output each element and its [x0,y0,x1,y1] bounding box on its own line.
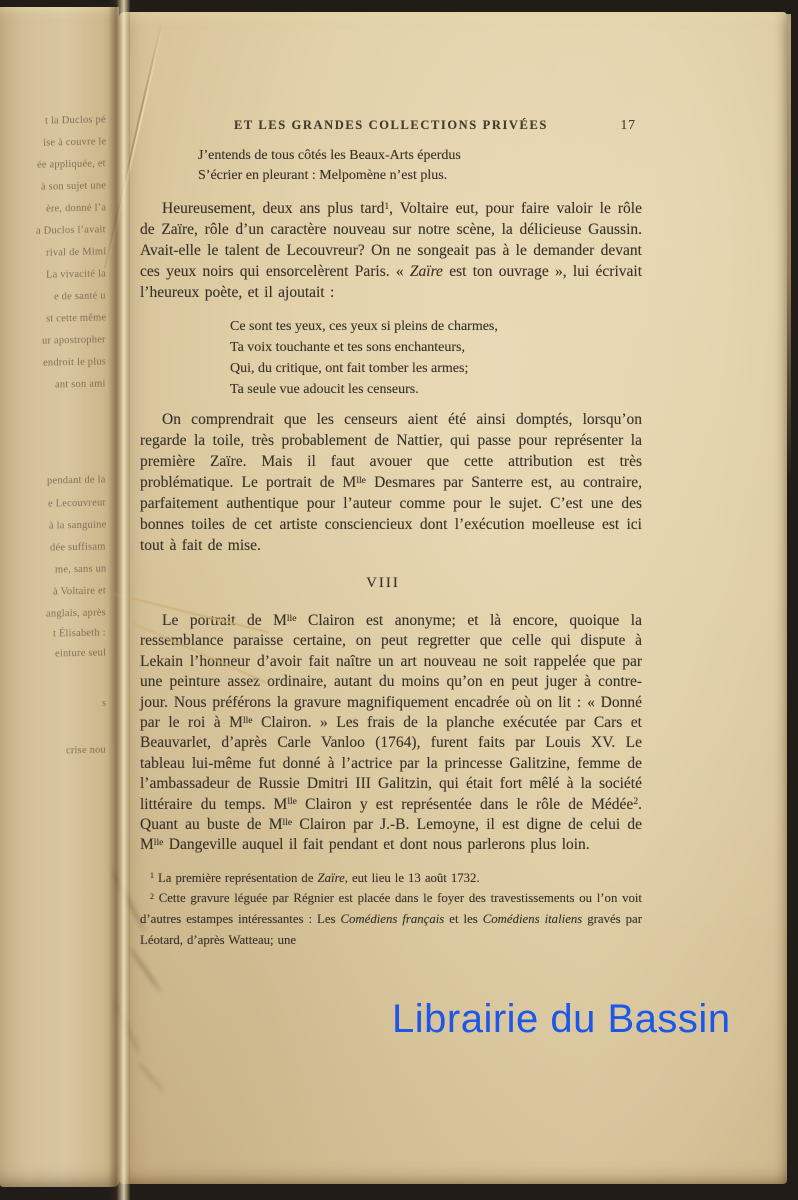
paragraph-3: Le portrait de Mlle Clairon est anonyme;… [140,611,642,856]
facing-page-text-fragment: à la sanguine [49,519,106,531]
text-line: Qui, du critique, ont fait tomber les ar… [230,358,642,379]
facing-page-text-fragment: pendant de la [47,474,106,486]
text-line: Ta seule vue adoucit les censeurs. [230,379,642,400]
facing-page-text-fragment: à son sujet une [41,180,106,192]
ink-smudge [137,1060,166,1093]
text-line: S’écrier en pleurant : Melpomène n’est p… [198,166,642,186]
facing-page-text-fragment: s [102,698,106,709]
page-number: 17 [621,117,637,133]
book-photo: t la Duclos péise à couvre leée appliqué… [0,0,798,1200]
facing-page-text-fragment: La vivacité la [46,268,106,280]
running-header: ET LES GRANDES COLLECTIONS PRIVÉES 17 [140,116,642,132]
footnotes: 1 La première représentation de Zaïre, e… [140,868,642,950]
footnote: 2 Cette gravure léguée par Régnier est p… [140,888,642,950]
facing-page-edge: t la Duclos péise à couvre leée appliqué… [0,7,119,1187]
running-header-title: ET LES GRANDES COLLECTIONS PRIVÉES [234,118,548,132]
verse-quote: Ce sont tes yeux, ces yeux si pleins de … [230,316,642,400]
text-line: Ta voix touchante et tes sons enchanteur… [230,337,642,358]
facing-page-text-fragment: t Élisabeth : [53,627,106,639]
facing-page-text-fragment: ise à couvre le [43,136,106,148]
facing-page-text-fragment: a Duclos l’avait [36,224,106,236]
facing-page-text-fragment: ant son ami [55,378,106,390]
footnote: 1 La première représentation de Zaïre, e… [140,868,642,889]
facing-page-text-fragment: t la Duclos pé [45,114,106,126]
facing-page-fragments: t la Duclos péise à couvre leée appliqué… [0,0,119,1200]
facing-page-text-fragment: ère, donné l’a [46,202,106,214]
paragraph-2: On comprendrait que les censeurs aient é… [140,409,642,556]
facing-page-text-fragment: ur apostropher [42,334,106,346]
facing-page-text-fragment: à Voltaire et [53,585,106,597]
facing-page-text-fragment: endroit le plus [43,356,106,368]
text-line: J’entends de tous côtés les Beaux-Arts é… [198,146,642,166]
facing-page-text-fragment: dée suffisam [50,541,106,553]
facing-page-text-fragment: einture seul [55,647,106,659]
text-line: Ce sont tes yeux, ces yeux si pleins de … [230,316,642,337]
facing-page-text-fragment: e de santé u [54,290,106,302]
ink-smudge [128,946,163,993]
paragraph-1: Heureusement, deux ans plus tard1, Volta… [140,198,642,303]
facing-page-text-fragment: anglais, après [46,607,106,619]
page-text-block: ET LES GRANDES COLLECTIONS PRIVÉES 17 J’… [140,116,642,950]
facing-page-text-fragment: crise nou [66,745,106,757]
book-gutter [108,0,130,1200]
facing-page-text-fragment: e Lecouvreur [48,497,106,509]
facing-page-text-fragment: ée appliquée, et [37,158,106,170]
facing-page-text-fragment: st cette même [46,312,106,324]
section-heading: VIII [140,575,642,592]
facing-page-text-fragment: rival de Mimi [46,246,106,258]
bookseller-watermark: Librairie du Bassin [392,997,731,1042]
epigraph: J’entends de tous côtés les Beaux-Arts é… [198,146,642,186]
facing-page-text-fragment: me, sans un [55,563,107,575]
